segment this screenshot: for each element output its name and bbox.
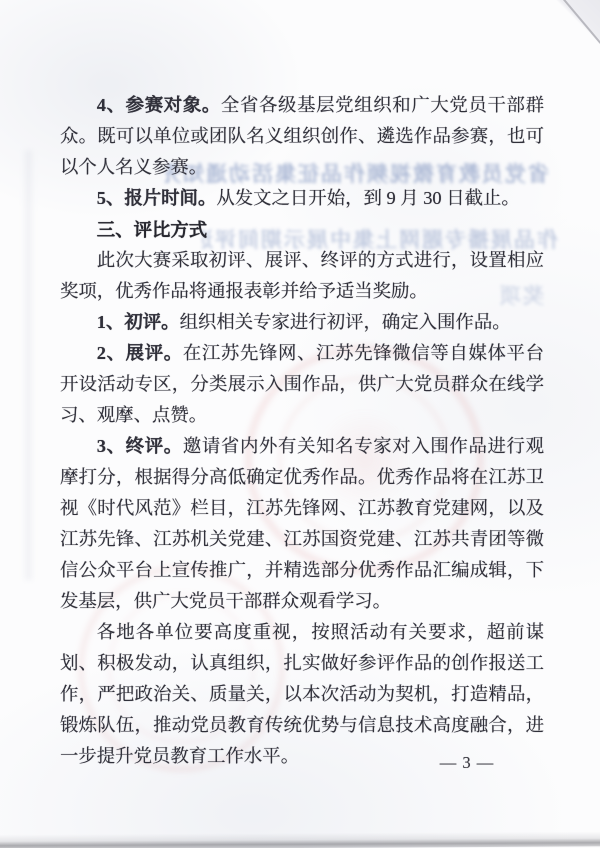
paragraph-item-4: 4、参赛对象。全省各级基层党组织和广大党员干部群众。既可以单位或团队名义组织创作…	[60, 90, 544, 183]
paragraph-lead: 1、初评。	[97, 312, 180, 332]
page-corner-fold	[556, 0, 600, 50]
scan-streak-artifact	[25, 150, 32, 580]
scanned-document-page: 省党员教育微视频作品征集活动通知先锋 作品展播专题网上集中展示期间评选 奖项 4…	[0, 0, 600, 848]
document-body: 4、参赛对象。全省各级基层党组织和广大党员干部群众。既可以单位或团队名义组织创作…	[60, 90, 544, 772]
paragraph-item-1: 1、初评。组织相关专家进行初评，确定入围作品。	[60, 307, 544, 338]
paragraph-text: 从发文之日开始，到 9 月 30 日截止。	[216, 188, 519, 208]
paragraph-text: 组织相关专家进行初评，确定入围作品。	[180, 312, 511, 332]
paragraph-lead: 2、展评。	[97, 343, 183, 363]
paragraph-lead: 4、参赛对象。	[97, 95, 221, 115]
paragraph-text: 此次大赛采取初评、展评、终评的方式进行，设置相应奖项，优秀作品将通报表彰并给予适…	[60, 250, 544, 301]
paragraph-text: 邀请省内外有关知名专家对入围作品进行观摩打分，根据得分高低确定优秀作品。优秀作品…	[60, 436, 544, 611]
paragraph-item-3: 3、终评。邀请省内外有关知名专家对入围作品进行观摩打分，根据得分高低确定优秀作品…	[60, 431, 544, 617]
paragraph-item-5: 5、报片时间。从发文之日开始，到 9 月 30 日截止。	[60, 183, 544, 214]
paragraph-item-2: 2、展评。在江苏先锋网、江苏先锋微信等自媒体平台开设活动专区，分类展示入围作品，…	[60, 338, 544, 431]
paragraph-text: 各地各单位要高度重视，按照活动有关要求，超前谋划、积极发动，认真组织，扎实做好参…	[60, 622, 544, 766]
paragraph-lead: 3、终评。	[97, 436, 183, 456]
page-number: — 3 —	[432, 753, 502, 773]
paragraph-closing: 各地各单位要高度重视，按照活动有关要求，超前谋划、积极发动，认真组织，扎实做好参…	[60, 617, 544, 772]
paragraph-lead: 5、报片时间。	[97, 188, 217, 208]
paragraph-intro: 此次大赛采取初评、展评、终评的方式进行，设置相应奖项，优秀作品将通报表彰并给予适…	[60, 245, 544, 307]
scan-bottom-edge	[0, 831, 600, 848]
section-heading: 三、评比方式	[60, 214, 544, 245]
